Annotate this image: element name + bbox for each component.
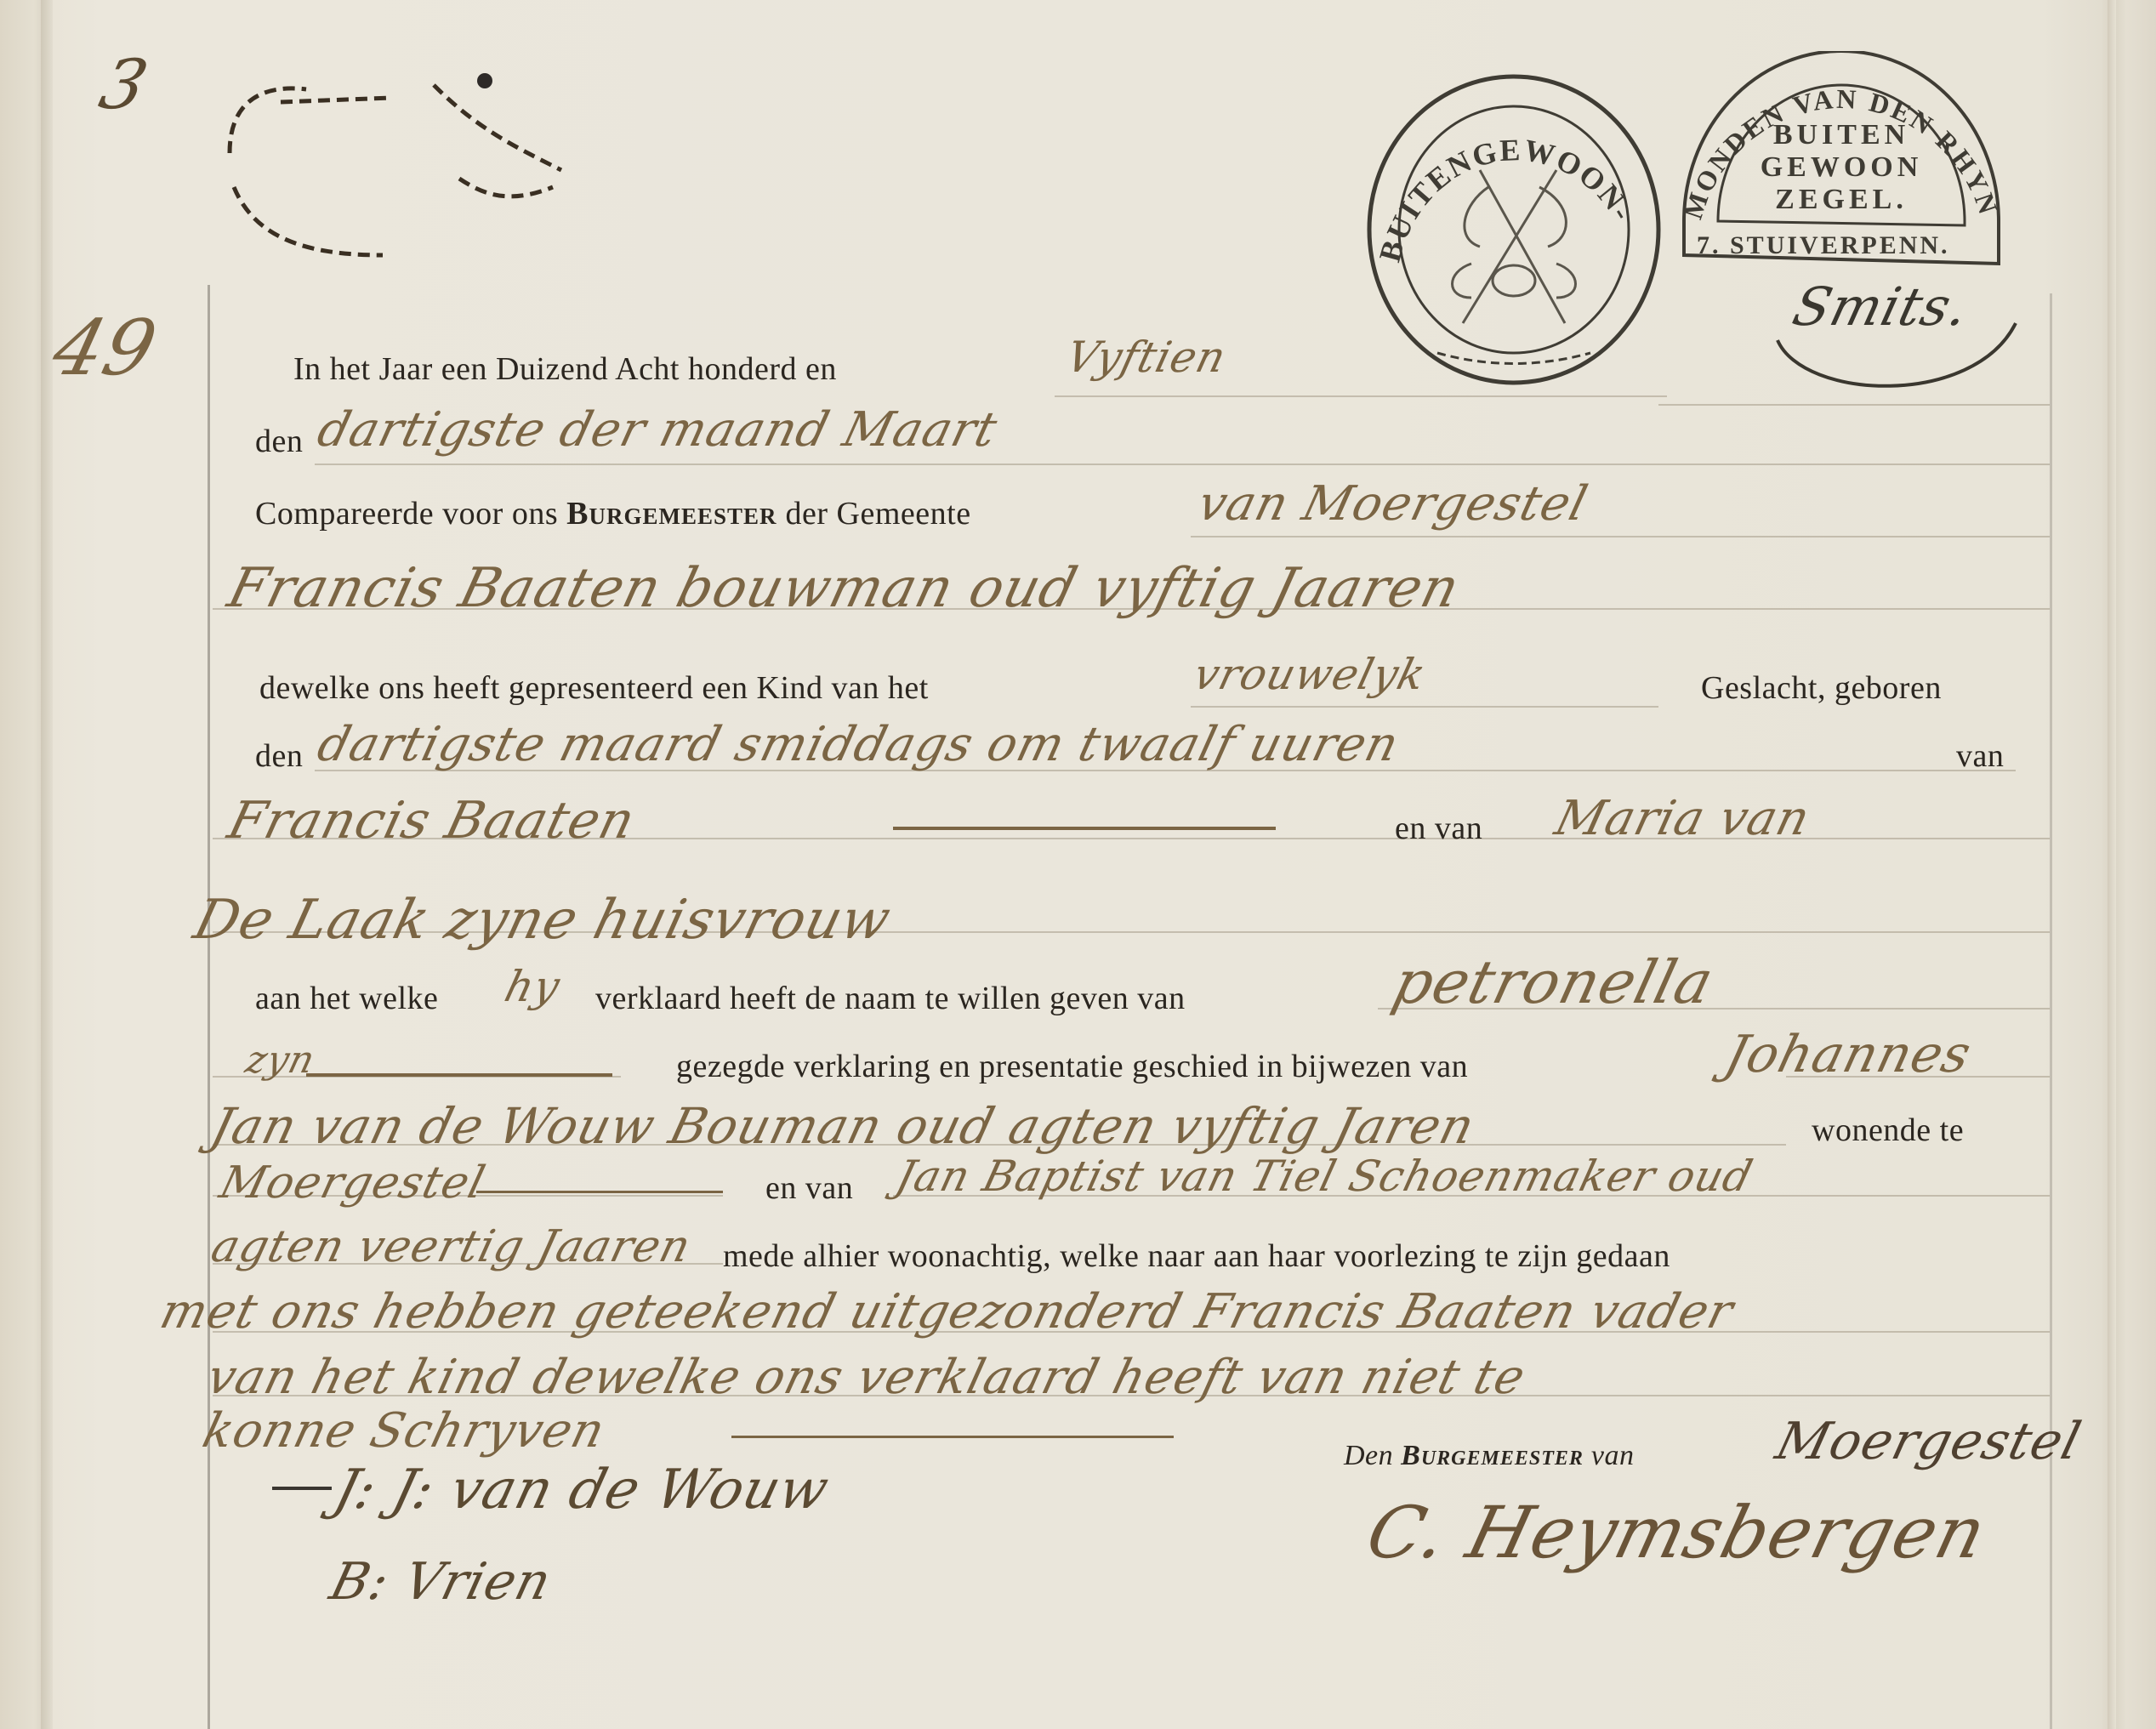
residence-underline xyxy=(476,1191,723,1193)
handwritten-child-name: petronella xyxy=(1387,953,1719,1012)
handwritten-father-details: Francis Baaten bouwman oud vyftig Jaaren xyxy=(223,561,1465,616)
handwritten-closing-municipality: Moergestel xyxy=(1772,1416,2086,1467)
printed-year-intro: In het Jaar een Duizend Acht honderd en xyxy=(293,353,837,385)
monden-van-den-rhyn-seal: MONDEN VAN DEN RHYN BUITEN GEWOON ZEGEL.… xyxy=(1680,51,2003,281)
handwritten-mother-name-b: De Laak zyne huisvrouw xyxy=(189,893,896,947)
right-page-edge xyxy=(2108,0,2116,1729)
handwritten-father-name: Francis Baaten xyxy=(224,795,640,846)
printed-van: van xyxy=(1956,740,2004,772)
handwritten-signing-note-3: konne Schryven xyxy=(198,1408,610,1455)
right-border-line xyxy=(2050,293,2052,1729)
seal-center-line-1: BUITEN xyxy=(1680,119,2003,151)
handwritten-year: Vyftien xyxy=(1062,336,1231,378)
handwritten-witness1-residence: Moergestel xyxy=(216,1161,490,1205)
handwritten-witness1-given: Johannes xyxy=(1721,1029,1977,1080)
father-name-underline xyxy=(893,827,1276,830)
printed-compareerde-a: Compareerde voor ons xyxy=(255,496,558,532)
printed-closing-den: Den xyxy=(1344,1440,1393,1471)
printed-en-van-2: en van xyxy=(765,1172,853,1204)
witness-signature-dash xyxy=(272,1487,332,1490)
handwritten-birth-time: dartigste maard smiddags om twaalf uuren xyxy=(313,721,1403,769)
left-margin-line xyxy=(208,285,210,1729)
handwritten-signing-note-2: van het kind dewelke ons verklaard heeft… xyxy=(202,1354,1530,1402)
printed-closing-burgemeester: Burgemeester xyxy=(1401,1440,1584,1471)
mayor-signature: C. Heymsbergen xyxy=(1361,1497,1994,1568)
seal-center-line-2: GEWOON xyxy=(1680,151,2003,184)
printed-compareerde-b: der Gemeente xyxy=(786,496,971,532)
printed-burgemeester: Burgemeester xyxy=(566,496,777,532)
handwritten-sex: vrouwelyk xyxy=(1190,653,1431,696)
handwritten-municipality: van Moergestel xyxy=(1193,481,1592,528)
printed-verklaard-heeft: verklaard heeft de naam te willen geven … xyxy=(595,982,1186,1015)
buitengewoon-zegel-seal: BUITENGEWOON-ZEGEL. xyxy=(1361,68,1667,391)
seal-center-line-3: ZEGEL. xyxy=(1680,184,2003,216)
printed-en-van: en van xyxy=(1395,812,1482,845)
document-page: 3 49 BUITENGEWOON-ZEGEL. MON xyxy=(0,0,2156,1729)
note-end-flourish xyxy=(731,1436,1174,1438)
printed-compareerde: Compareerde voor ons Burgemeester der Ge… xyxy=(255,498,971,530)
witness-2-signature: B: Vrien xyxy=(326,1556,557,1607)
writing-rule xyxy=(1191,706,1658,708)
smits-flourish xyxy=(1769,306,2024,408)
printed-geslacht-geboren: Geslacht, geboren xyxy=(1701,672,1942,704)
printed-dewelke: dewelke ons heeft gepresenteerd een Kind… xyxy=(259,672,929,704)
page-number: 3 xyxy=(94,51,155,119)
seal-ring-text: BUITENGEWOON-ZEGEL. xyxy=(1361,68,1641,265)
printed-den: den xyxy=(255,425,303,458)
printed-den-burgemeester: Den Burgemeester van xyxy=(1344,1442,1635,1470)
crossed-branches-emblem xyxy=(1453,170,1576,323)
handwritten-date: dartigste der maand Maart xyxy=(313,407,1002,454)
handwritten-hy: hy xyxy=(501,965,565,1008)
record-number: 49 xyxy=(46,310,164,387)
svg-text:BUITENGEWOON-ZEGEL.: BUITENGEWOON-ZEGEL. xyxy=(1361,68,1641,265)
handwritten-mother-name-a: Maria van xyxy=(1550,795,1815,843)
zyn-underline xyxy=(306,1073,612,1077)
left-page-edge xyxy=(41,0,53,1729)
handwritten-witness2-age: agten veertig Jaaren xyxy=(208,1225,696,1269)
printed-wonende-te: wonende te xyxy=(1812,1114,1964,1146)
writing-rule xyxy=(315,464,2050,465)
printed-aan-het-welke: aan het welke xyxy=(255,982,438,1015)
writing-rule xyxy=(1055,395,1667,397)
handwritten-witness2-details: Jan Baptist van Tiel Schoenmaker oud xyxy=(892,1155,1757,1197)
printed-den-2: den xyxy=(255,740,303,772)
handwritten-witness1-details: Jan van de Wouw Bouman oud agten vyftig … xyxy=(207,1101,1480,1151)
printed-closing-van: van xyxy=(1591,1440,1635,1471)
printed-mede-alhier: mede alhier woonachtig, welke naar aan h… xyxy=(723,1240,1670,1272)
witness-1-signature: J: J: van de Wouw xyxy=(329,1463,834,1517)
seal-value-text: 7. STUIVERPENN. xyxy=(1680,231,2020,260)
handwritten-signing-note-1: met ons hebben geteekend uitgezonderd Fr… xyxy=(156,1288,1738,1336)
postmark-stamp xyxy=(204,51,646,264)
writing-rule xyxy=(1191,536,2050,537)
printed-gezegde: gezegde verklaring en presentatie geschi… xyxy=(676,1050,1468,1083)
